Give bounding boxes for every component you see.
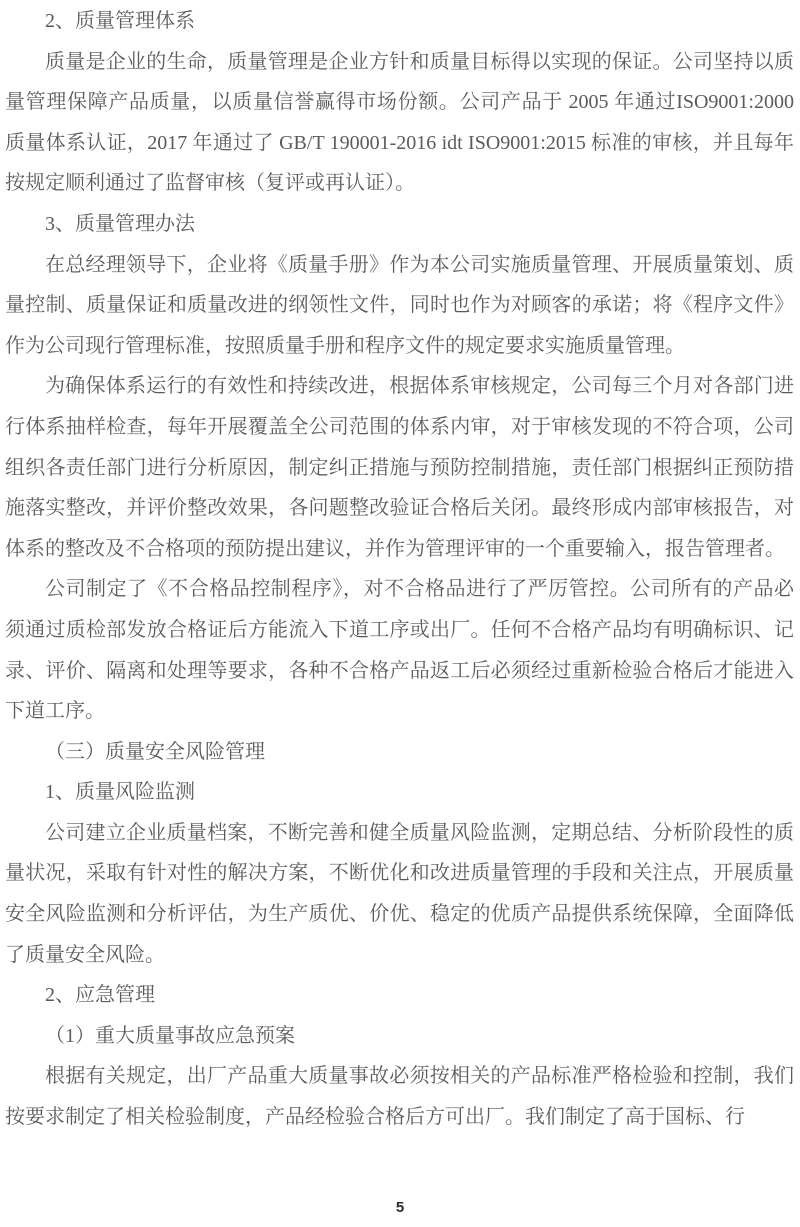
body-paragraph: 质量是企业的生命，质量管理是企业方针和质量目标得以实现的保证。公司坚持以质量管理…: [5, 42, 794, 204]
body-paragraph: 根据有关规定，出厂产品重大质量事故必须按相关的产品标准严格检验和控制，我们按要求…: [5, 1056, 794, 1137]
page-footer: 5: [0, 1199, 800, 1217]
document-page: 2、质量管理体系 质量是企业的生命，质量管理是企业方针和质量目标得以实现的保证。…: [0, 0, 800, 1227]
section-heading-emergency-mgmt: 2、应急管理: [5, 975, 794, 1016]
page-number: 5: [396, 1199, 404, 1216]
section-heading-quality-system: 2、质量管理体系: [5, 1, 794, 42]
body-paragraph: 为确保体系运行的有效性和持续改进，根据体系审核规定，公司每三个月对各部门进行体系…: [5, 366, 794, 569]
section-heading-risk-management: （三）质量安全风险管理: [5, 732, 794, 773]
body-paragraph: 公司制定了《不合格品控制程序》，对不合格品进行了严厉管控。公司所有的产品必须通过…: [5, 569, 794, 731]
body-paragraph: 公司建立企业质量档案，不断完善和健全质量风险监测，定期总结、分析阶段性的质量状况…: [5, 813, 794, 975]
section-heading-risk-monitoring: 1、质量风险监测: [5, 772, 794, 813]
document-body: 2、质量管理体系 质量是企业的生命，质量管理是企业方针和质量目标得以实现的保证。…: [5, 1, 794, 1138]
section-heading-emergency-plan: （1）重大质量事故应急预案: [5, 1016, 794, 1057]
section-heading-quality-methods: 3、质量管理办法: [5, 204, 794, 245]
body-paragraph: 在总经理领导下，企业将《质量手册》作为本公司实施质量管理、开展质量策划、质量控制…: [5, 245, 794, 367]
